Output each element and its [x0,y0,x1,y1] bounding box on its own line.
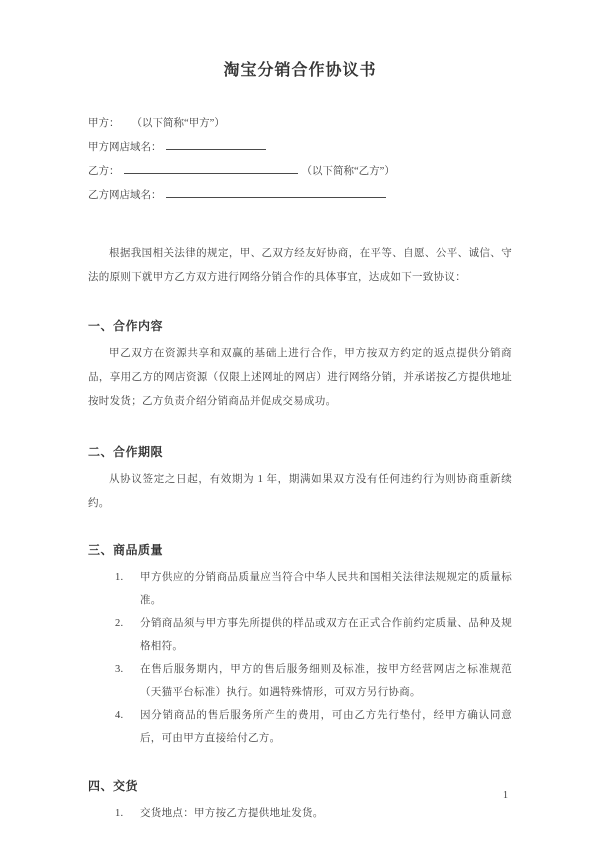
section-4-heading: 四、交货 [88,778,512,795]
list-item: 3. 在售后服务期内，甲方的售后服务细则及标准，按甲方经营网店之标准规范（天猫平… [88,658,512,704]
party-b-label: 乙方： [88,166,120,177]
preamble-paragraph: 根据我国相关法律的规定，甲、乙双方经友好协商，在平等、自愿、公平、诚信、守法的原… [88,242,512,290]
section-3-list: 1. 甲方供应的分销商品质量应当符合中华人民共和国相关法律法规规定的质量标准。 … [88,566,512,750]
section-1-paragraph: 甲乙双方在资源共享和双赢的基础上进行合作，甲方按双方约定的返点提供分销商品，享用… [88,342,512,414]
list-item: 2. 分销商品须与甲方事先所提供的样品或双方在正式合作前约定质量、品种及规格相符… [88,612,512,658]
list-item-number: 3. [115,658,140,704]
section-3-heading: 三、商品质量 [88,542,512,559]
list-item-number: 1. [115,802,140,825]
list-item-number: 1. [115,566,140,612]
party-a-domain-blank-field [166,137,266,150]
list-item: 4. 因分销商品的售后服务所产生的费用，可由乙方先行垫付，经甲方确认同意后，可由… [88,704,512,750]
party-b-domain-blank-field [166,185,386,198]
list-item-text: 在售后服务期内，甲方的售后服务细则及标准，按甲方经营网店之标准规范（天猫平台标准… [140,658,512,704]
document-page: 淘宝分销合作协议书 甲方：（以下简称“甲方”） 甲方网店域名： 乙方：（以下简称… [0,0,600,849]
section-4-list: 1. 交货地点：甲方按乙方提供地址发货。 [88,802,512,825]
section-product-quality: 三、商品质量 1. 甲方供应的分销商品质量应当符合中华人民共和国相关法律法规规定… [88,542,512,750]
party-b-domain-line: 乙方网店域名： [88,184,512,208]
list-item-text: 分销商品须与甲方事先所提供的样品或双方在正式合作前约定质量、品种及规格相符。 [140,612,512,658]
list-item: 1. 交货地点：甲方按乙方提供地址发货。 [88,802,512,825]
party-b-line: 乙方：（以下简称“乙方”） [88,160,512,184]
section-1-heading: 一、合作内容 [88,318,512,335]
section-delivery: 四、交货 1. 交货地点：甲方按乙方提供地址发货。 [88,778,512,825]
party-a-domain-label: 甲方网店域名： [88,142,162,153]
list-item: 1. 甲方供应的分销商品质量应当符合中华人民共和国相关法律法规规定的质量标准。 [88,566,512,612]
list-item-number: 2. [115,612,140,658]
party-b-name-blank-field [124,161,298,174]
list-item-text: 交货地点：甲方按乙方提供地址发货。 [140,802,512,825]
party-b-note: （以下简称“乙方”） [302,166,395,177]
section-2-paragraph: 从协议签定之日起，有效期为 1 年，期满如果双方没有任何违约行为则协商重新续约。 [88,468,512,516]
list-item-text: 因分销商品的售后服务所产生的费用，可由乙方先行垫付，经甲方确认同意后，可由甲方直… [140,704,512,750]
page-title: 淘宝分销合作协议书 [88,60,512,82]
party-a-note: （以下简称“甲方”） [132,118,225,129]
party-a-domain-line: 甲方网店域名： [88,136,512,160]
party-b-domain-label: 乙方网店域名： [88,190,162,201]
party-a-line: 甲方：（以下简称“甲方”） [88,112,512,136]
section-cooperation-content: 一、合作内容 甲乙双方在资源共享和双赢的基础上进行合作，甲方按双方约定的返点提供… [88,318,512,414]
party-a-label: 甲方： [88,118,120,129]
list-item-text: 甲方供应的分销商品质量应当符合中华人民共和国相关法律法规规定的质量标准。 [140,566,512,612]
list-item-number: 4. [115,704,140,750]
page-number: 1 [503,790,508,801]
section-2-heading: 二、合作期限 [88,444,512,461]
party-info-block: 甲方：（以下简称“甲方”） 甲方网店域名： 乙方：（以下简称“乙方”） 乙方网店… [88,112,512,208]
section-cooperation-term: 二、合作期限 从协议签定之日起，有效期为 1 年，期满如果双方没有任何违约行为则… [88,444,512,516]
